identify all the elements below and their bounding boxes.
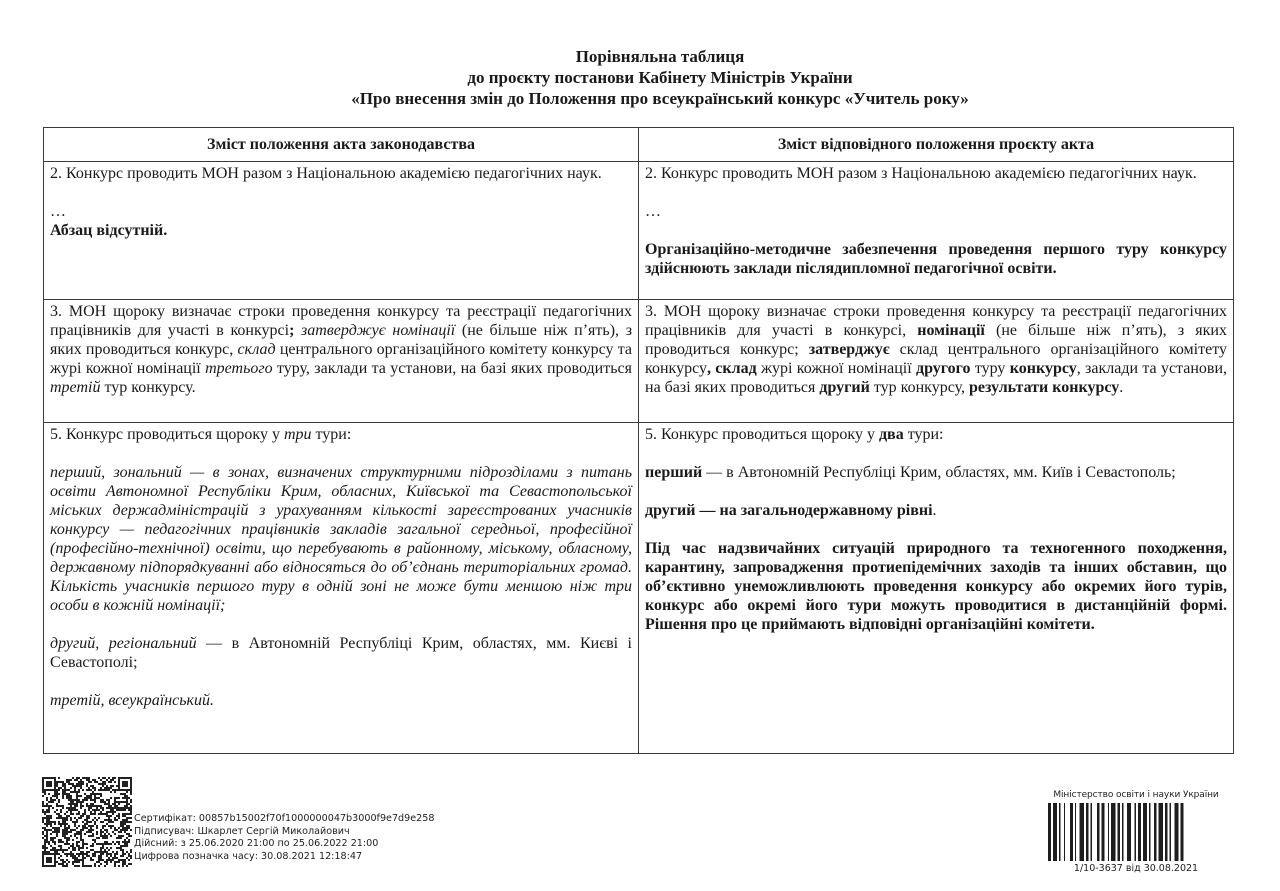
paragraph: 2. Конкурс проводить МОН разом з Націона… — [645, 164, 1227, 183]
paragraph-italic: перший, зональний — в зонах, визначених … — [50, 463, 632, 615]
cell-proposed-item-5: 5. Конкурс проводиться щороку у два тури… — [639, 423, 1234, 754]
signature-details: Сертифікат: 00857b15002f70f1000000047b30… — [134, 813, 434, 863]
comparison-table: Зміст положення акта законодавства Зміст… — [43, 127, 1234, 754]
column-header-current: Зміст положення акта законодавства — [44, 128, 639, 162]
column-header-proposed: Зміст відповідного положення проєкту акт… — [639, 128, 1234, 162]
paragraph: другий — на загальнодержавному рівні. — [645, 501, 1227, 520]
qr-code-icon — [42, 777, 132, 867]
table-row: 5. Конкурс проводиться щороку у три тури… — [44, 423, 1234, 754]
ellipsis: … — [50, 202, 632, 221]
paragraph-bold: Під час надзвичайних ситуацій природного… — [645, 539, 1227, 634]
cell-proposed-item-2: 2. Конкурс проводить МОН разом з Націона… — [639, 162, 1234, 300]
table-row: 3. МОН щороку визначає строки проведення… — [44, 300, 1234, 423]
cell-current-item-5: 5. Конкурс проводиться щороку у три тури… — [44, 423, 639, 754]
organization-name: Міністерство освіти і науки України — [1040, 790, 1232, 800]
cell-current-item-2: 2. Конкурс проводить МОН разом з Націона… — [44, 162, 639, 300]
table-row: 2. Конкурс проводить МОН разом з Націона… — [44, 162, 1234, 300]
table-header-row: Зміст положення акта законодавства Зміст… — [44, 128, 1234, 162]
paragraph: 2. Конкурс проводить МОН разом з Націона… — [50, 164, 632, 183]
paragraph: 3. МОН щороку визначає строки проведення… — [645, 302, 1227, 397]
document-title: Порівняльна таблиця до проєкту постанови… — [0, 46, 1280, 109]
certificate-id: Сертифікат: 00857b15002f70f1000000047b30… — [134, 813, 434, 826]
title-line-2: до проєкту постанови Кабінету Міністрів … — [40, 67, 1280, 88]
digital-signature-block: Сертифікат: 00857b15002f70f1000000047b30… — [42, 777, 442, 869]
cell-proposed-item-3: 3. МОН щороку визначає строки проведення… — [639, 300, 1234, 423]
paragraph-bold: Організаційно-методичне забезпечення про… — [645, 240, 1227, 278]
timestamp: Цифрова позначка часу: 30.08.2021 12:18:… — [134, 851, 434, 864]
registration-stamp: Міністерство освіти і науки України 1/10… — [1040, 790, 1232, 880]
paragraph: другий, регіональний — в Автономній Респ… — [50, 634, 632, 672]
paragraph: 3. МОН щороку визначає строки проведення… — [50, 302, 632, 397]
paragraph: 5. Конкурс проводиться щороку у два тури… — [645, 425, 1227, 444]
barcode-icon — [1046, 803, 1226, 861]
ellipsis: … — [645, 202, 1227, 221]
title-line-1: Порівняльна таблиця — [40, 46, 1280, 67]
validity-period: Дійсний: з 25.06.2020 21:00 по 25.06.202… — [134, 838, 434, 851]
title-line-3: «Про внесення змін до Положення про всеу… — [40, 88, 1280, 109]
paragraph: перший — в Автономній Республіці Крим, о… — [645, 463, 1227, 482]
paragraph-bold: Абзац відсутній. — [50, 221, 632, 240]
signer-name: Підписувач: Шкарлет Сергій Миколайович — [134, 826, 434, 839]
paragraph: 5. Конкурс проводиться щороку у три тури… — [50, 425, 632, 444]
paragraph-italic: третій, всеукраїнський. — [50, 691, 632, 710]
registration-number: 1/10-3637 від 30.08.2021 — [1040, 863, 1232, 874]
cell-current-item-3: 3. МОН щороку визначає строки проведення… — [44, 300, 639, 423]
